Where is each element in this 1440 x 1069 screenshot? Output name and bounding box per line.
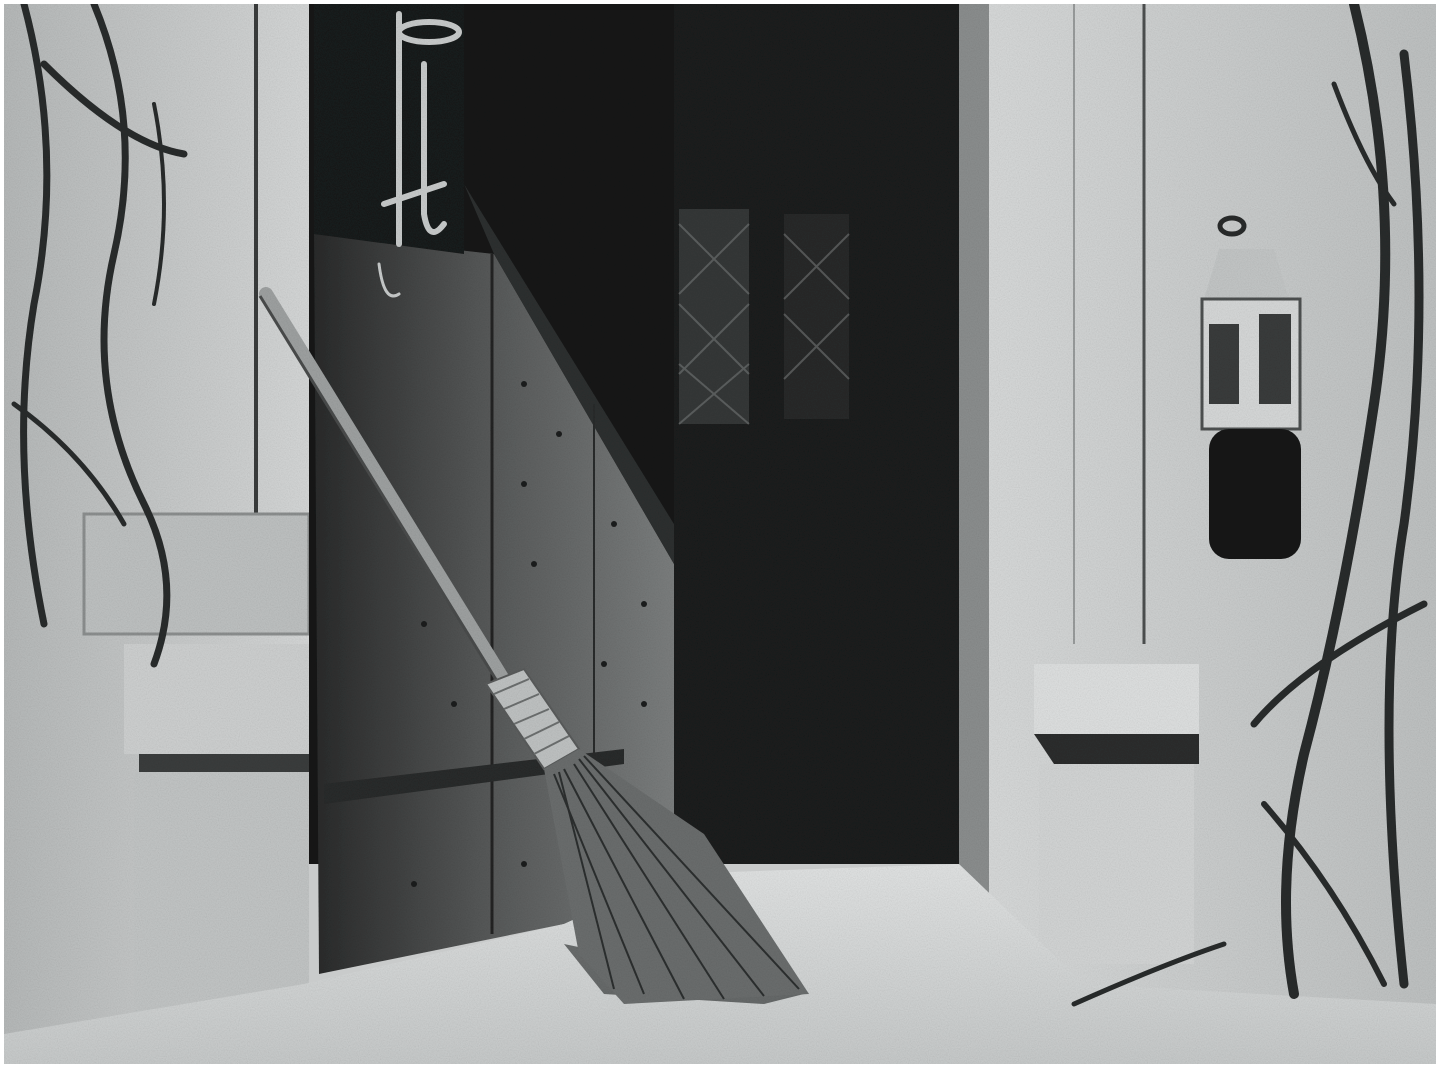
stone-wall-right: [959, 4, 1436, 1064]
photograph: The Open Door: [4, 4, 1436, 1064]
open-door-scene: [4, 4, 1436, 1064]
